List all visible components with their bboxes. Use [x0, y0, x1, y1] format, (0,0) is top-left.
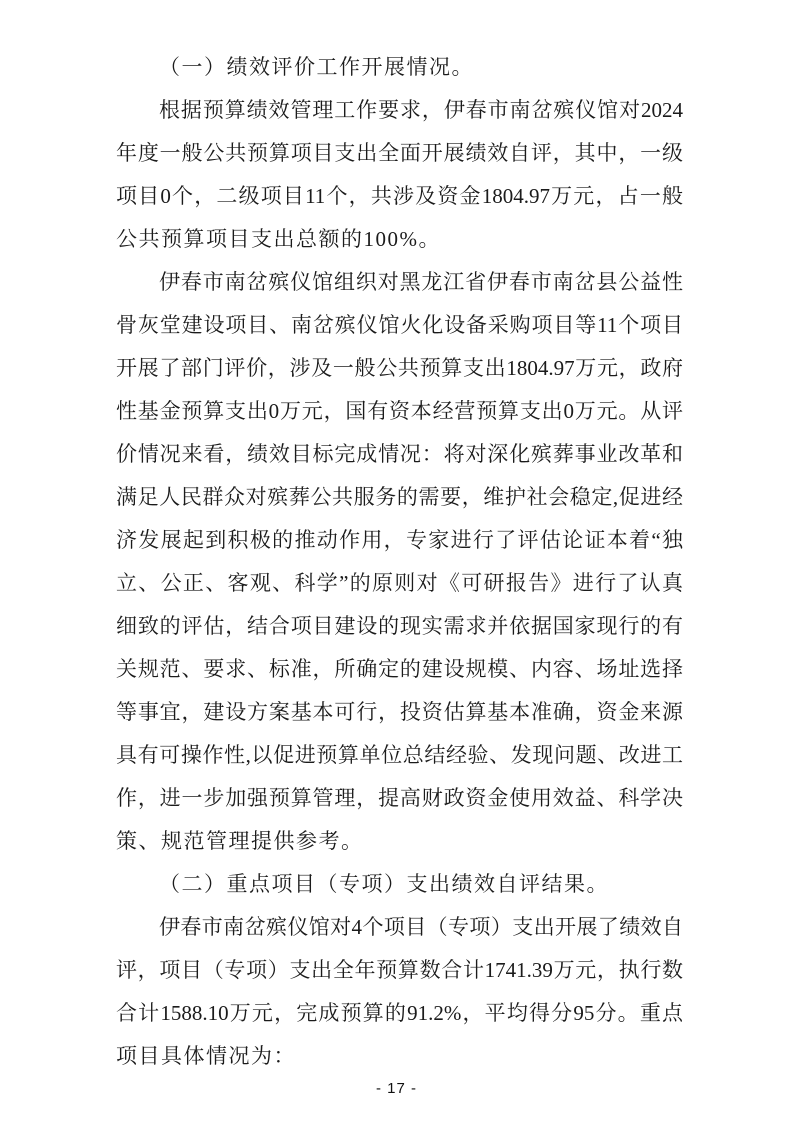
document-page: （一）绩效评价工作开展情况。根据预算绩效管理工作要求，伊春市南岔殡仪馆对2024… — [0, 0, 793, 1122]
text-line: 细致的评估，结合项目建设的现实需求并依据国家现行的有 — [116, 605, 683, 648]
text-line: 年度一般公共预算项目支出全面开展绩效自评，其中，一级 — [116, 132, 683, 175]
page-footer: - 17 - — [0, 1080, 793, 1097]
paragraph-body: 伊春市南岔殡仪馆组织对黑龙江省伊春市南岔县公益性骨灰堂建设项目、南岔殡仪馆火化设… — [116, 261, 683, 863]
text-line: 策、规范管理提供参考。 — [116, 820, 683, 863]
text-line: 价情况来看，绩效目标完成情况：将对深化殡葬事业改革和 — [116, 433, 683, 476]
text-line: 公共预算项目支出总额的100%。 — [116, 218, 683, 261]
text-line: 开展了部门评价，涉及一般公共预算支出1804.97万元，政府 — [116, 347, 683, 390]
text-line: 满足人民群众对殡葬公共服务的需要，维护社会稳定,促进经 — [116, 476, 683, 519]
text-line: 伊春市南岔殡仪馆对4个项目（专项）支出开展了绩效自 — [116, 906, 683, 949]
text-line: 性基金预算支出0万元，国有资本经营预算支出0万元。从评 — [116, 390, 683, 433]
text-line: 立、公正、客观、科学”的原则对《可研报告》进行了认真 — [116, 562, 683, 605]
text-line: 合计1588.10万元，完成预算的91.2%，平均得分95分。重点 — [116, 992, 683, 1035]
text-line: 项目具体情况为： — [116, 1035, 683, 1078]
text-line: 济发展起到积极的推动作用，专家进行了评估论证本着“独 — [116, 519, 683, 562]
text-line: （二）重点项目（专项）支出绩效自评结果。 — [116, 863, 683, 906]
text-line: 伊春市南岔殡仪馆组织对黑龙江省伊春市南岔县公益性 — [116, 261, 683, 304]
text-line: （一）绩效评价工作开展情况。 — [116, 46, 683, 89]
text-line: 评，项目（专项）支出全年预算数合计1741.39万元，执行数 — [116, 949, 683, 992]
text-line: 根据预算绩效管理工作要求，伊春市南岔殡仪馆对2024 — [116, 89, 683, 132]
paragraph-body: 伊春市南岔殡仪馆对4个项目（专项）支出开展了绩效自评，项目（专项）支出全年预算数… — [116, 906, 683, 1078]
paragraph-body: 根据预算绩效管理工作要求，伊春市南岔殡仪馆对2024年度一般公共预算项目支出全面… — [116, 89, 683, 261]
text-line: 项目0个，二级项目11个，共涉及资金1804.97万元，占一般 — [116, 175, 683, 218]
text-line: 等事宜，建设方案基本可行，投资估算基本准确，资金来源 — [116, 691, 683, 734]
text-line: 具有可操作性,以促进预算单位总结经验、发现问题、改进工 — [116, 734, 683, 777]
text-line: 骨灰堂建设项目、南岔殡仪馆火化设备采购项目等11个项目 — [116, 304, 683, 347]
text-line: 关规范、要求、标准，所确定的建设规模、内容、场址选择 — [116, 648, 683, 691]
text-line: 作，进一步加强预算管理，提高财政资金使用效益、科学决 — [116, 777, 683, 820]
paragraph-heading: （二）重点项目（专项）支出绩效自评结果。 — [116, 863, 683, 906]
paragraph-heading: （一）绩效评价工作开展情况。 — [116, 46, 683, 89]
document-body: （一）绩效评价工作开展情况。根据预算绩效管理工作要求，伊春市南岔殡仪馆对2024… — [116, 46, 683, 1078]
page-number: - 17 - — [376, 1080, 417, 1097]
